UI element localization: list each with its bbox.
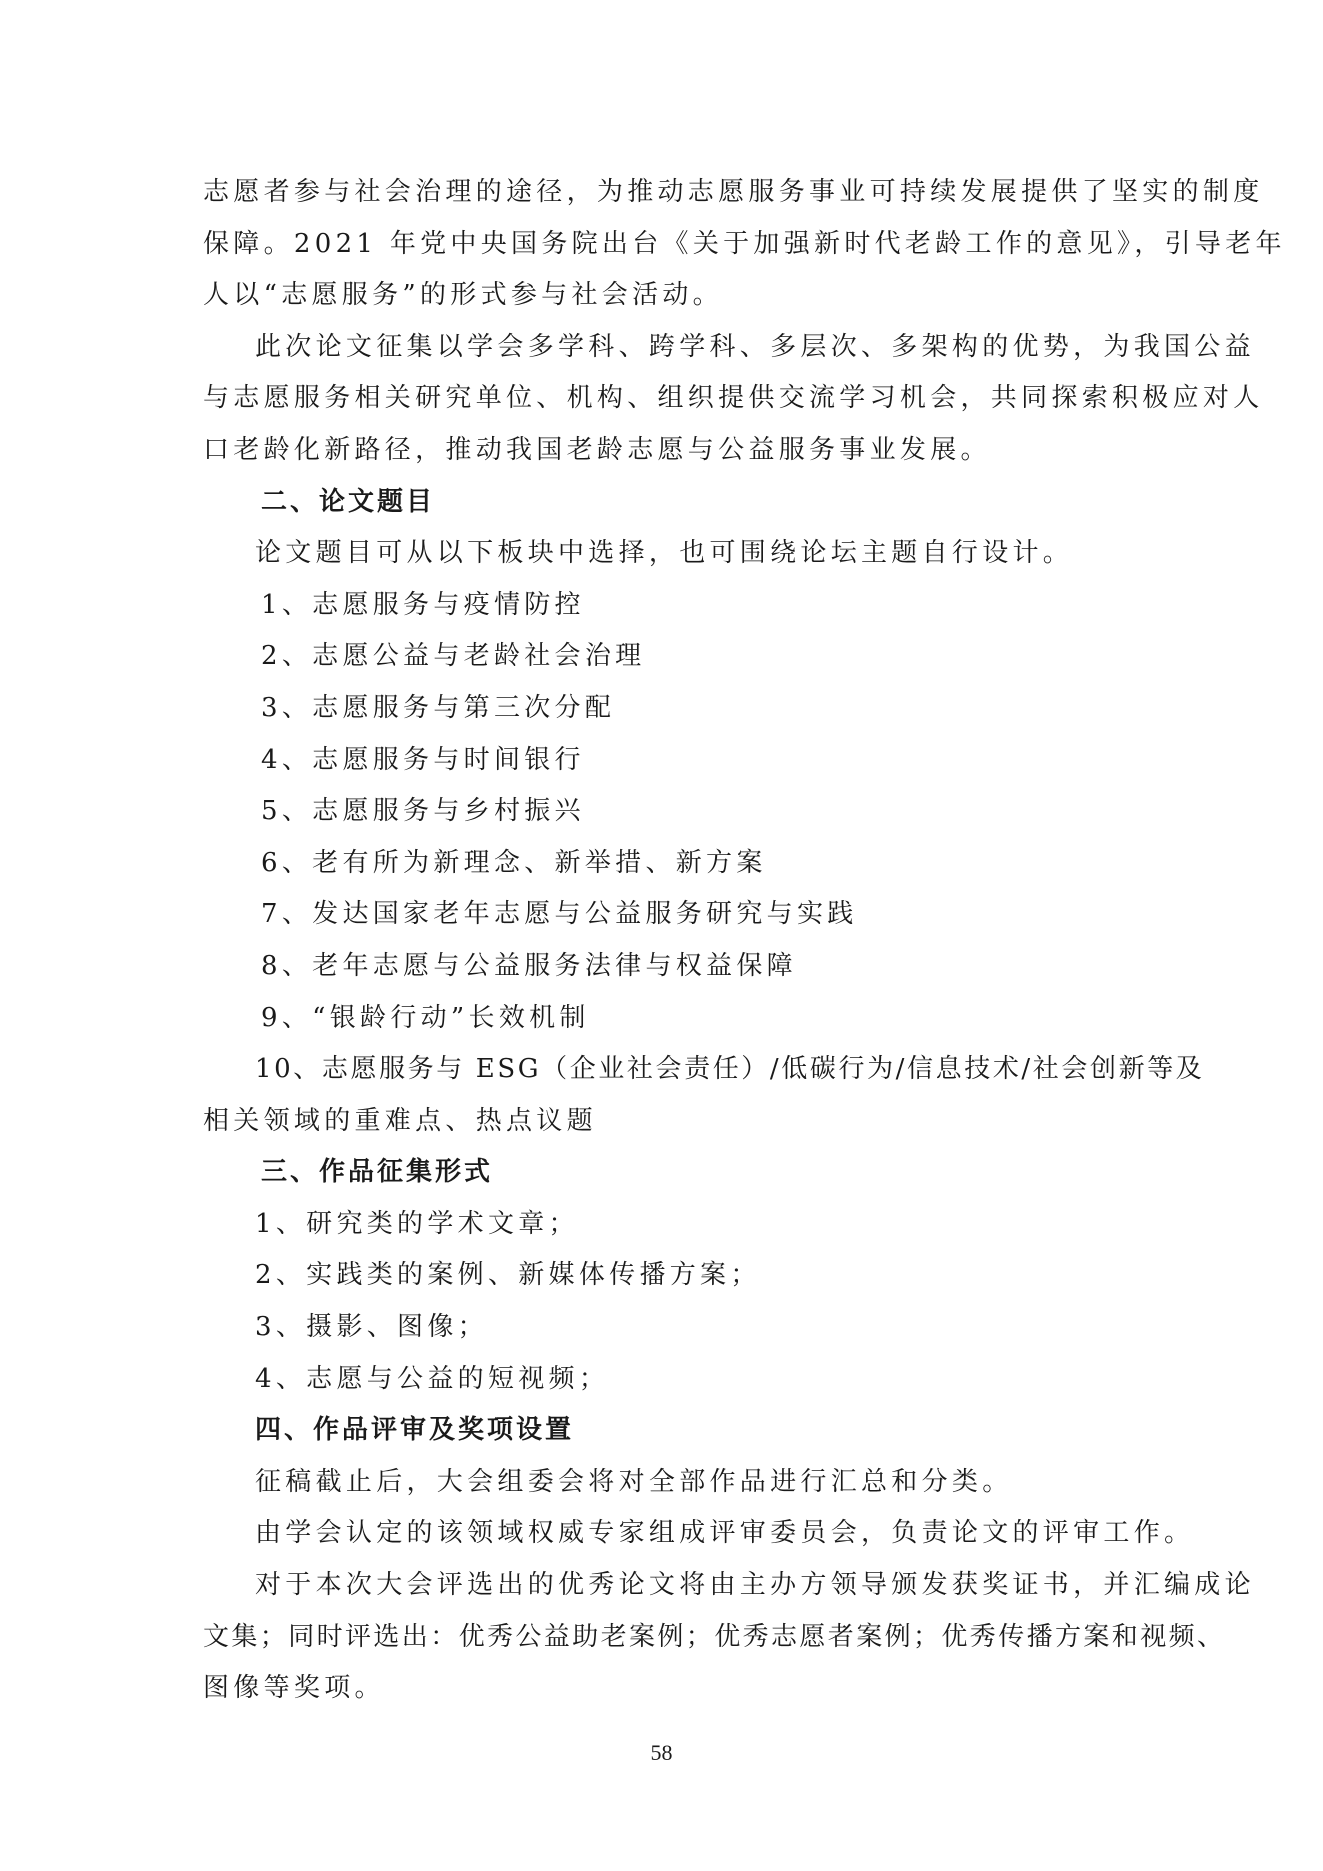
form-item: 2、实践类的案例、新媒体传播方案； (203, 1250, 1123, 1302)
section-review-awards: 四、作品评审及奖项设置 征稿截止后，大会组委会将对全部作品进行汇总和分类。 由学… (203, 1405, 1123, 1715)
paragraph-line: 与志愿服务相关研究单位、机构、组织提供交流学习机会，共同探索积极应对人 (203, 373, 1123, 425)
paragraph-line: 此次论文征集以学会多学科、跨学科、多层次、多架构的优势，为我国公益 (203, 322, 1123, 374)
paragraph-line: 志愿者参与社会治理的途径，为推动志愿服务事业可持续发展提供了坚实的制度 (203, 167, 1123, 219)
paragraph-line: 文集；同时评选出：优秀公益助老案例；优秀志愿者案例；优秀传播方案和视频、 (203, 1612, 1123, 1664)
form-item: 4、志愿与公益的短视频； (203, 1354, 1123, 1406)
section-paper-topics: 二、论文题目 论文题目可从以下板块中选择，也可围绕论坛主题自行设计。 1、志愿服… (203, 477, 1123, 1148)
topic-item: 5、志愿服务与乡村振兴 (203, 786, 1123, 838)
paragraph-line: 保障。2021 年党中央国务院出台《关于加强新时代老龄工作的意见》，引导老年 (203, 219, 1123, 271)
document-page: 志愿者参与社会治理的途径，为推动志愿服务事业可持续发展提供了坚实的制度 保障。2… (203, 167, 1123, 1715)
topic-item-continued: 相关领域的重难点、热点议题 (203, 1096, 1123, 1148)
topic-item: 7、发达国家老年志愿与公益服务研究与实践 (203, 889, 1123, 941)
topic-item: 6、老有所为新理念、新举措、新方案 (203, 838, 1123, 890)
topic-item: 2、志愿公益与老龄社会治理 (203, 631, 1123, 683)
section-intro: 论文题目可从以下板块中选择，也可围绕论坛主题自行设计。 (203, 528, 1123, 580)
paragraph-line: 图像等奖项。 (203, 1663, 1123, 1715)
topic-item: 9、“银龄行动”长效机制 (203, 993, 1123, 1045)
form-item: 3、摄影、图像； (203, 1302, 1123, 1354)
paragraph-line: 对于本次大会评选出的优秀论文将由主办方领导颁发获奖证书，并汇编成论 (203, 1560, 1123, 1612)
section-heading: 四、作品评审及奖项设置 (203, 1405, 1123, 1457)
topic-item: 4、志愿服务与时间银行 (203, 735, 1123, 787)
intro-paragraph-continued: 志愿者参与社会治理的途径，为推动志愿服务事业可持续发展提供了坚实的制度 保障。2… (203, 167, 1123, 322)
topic-item: 1、志愿服务与疫情防控 (203, 580, 1123, 632)
paragraph-line: 征稿截止后，大会组委会将对全部作品进行汇总和分类。 (203, 1457, 1123, 1509)
form-item: 1、研究类的学术文章； (203, 1199, 1123, 1251)
section-heading: 三、作品征集形式 (203, 1147, 1123, 1199)
paragraph-call-for-papers: 此次论文征集以学会多学科、跨学科、多层次、多架构的优势，为我国公益 与志愿服务相… (203, 322, 1123, 477)
page-number: 58 (0, 1740, 1323, 1766)
paragraph-line: 人以“志愿服务”的形式参与社会活动。 (203, 270, 1123, 322)
section-heading: 二、论文题目 (203, 477, 1123, 529)
paragraph-line: 口老龄化新路径，推动我国老龄志愿与公益服务事业发展。 (203, 425, 1123, 477)
paragraph-line: 由学会认定的该领域权威专家组成评审委员会，负责论文的评审工作。 (203, 1508, 1123, 1560)
topic-item: 8、老年志愿与公益服务法律与权益保障 (203, 941, 1123, 993)
topic-item: 3、志愿服务与第三次分配 (203, 683, 1123, 735)
topic-item: 10、志愿服务与 ESG（企业社会责任）/低碳行为/信息技术/社会创新等及 (203, 1044, 1123, 1096)
section-submission-forms: 三、作品征集形式 1、研究类的学术文章； 2、实践类的案例、新媒体传播方案； 3… (203, 1147, 1123, 1405)
